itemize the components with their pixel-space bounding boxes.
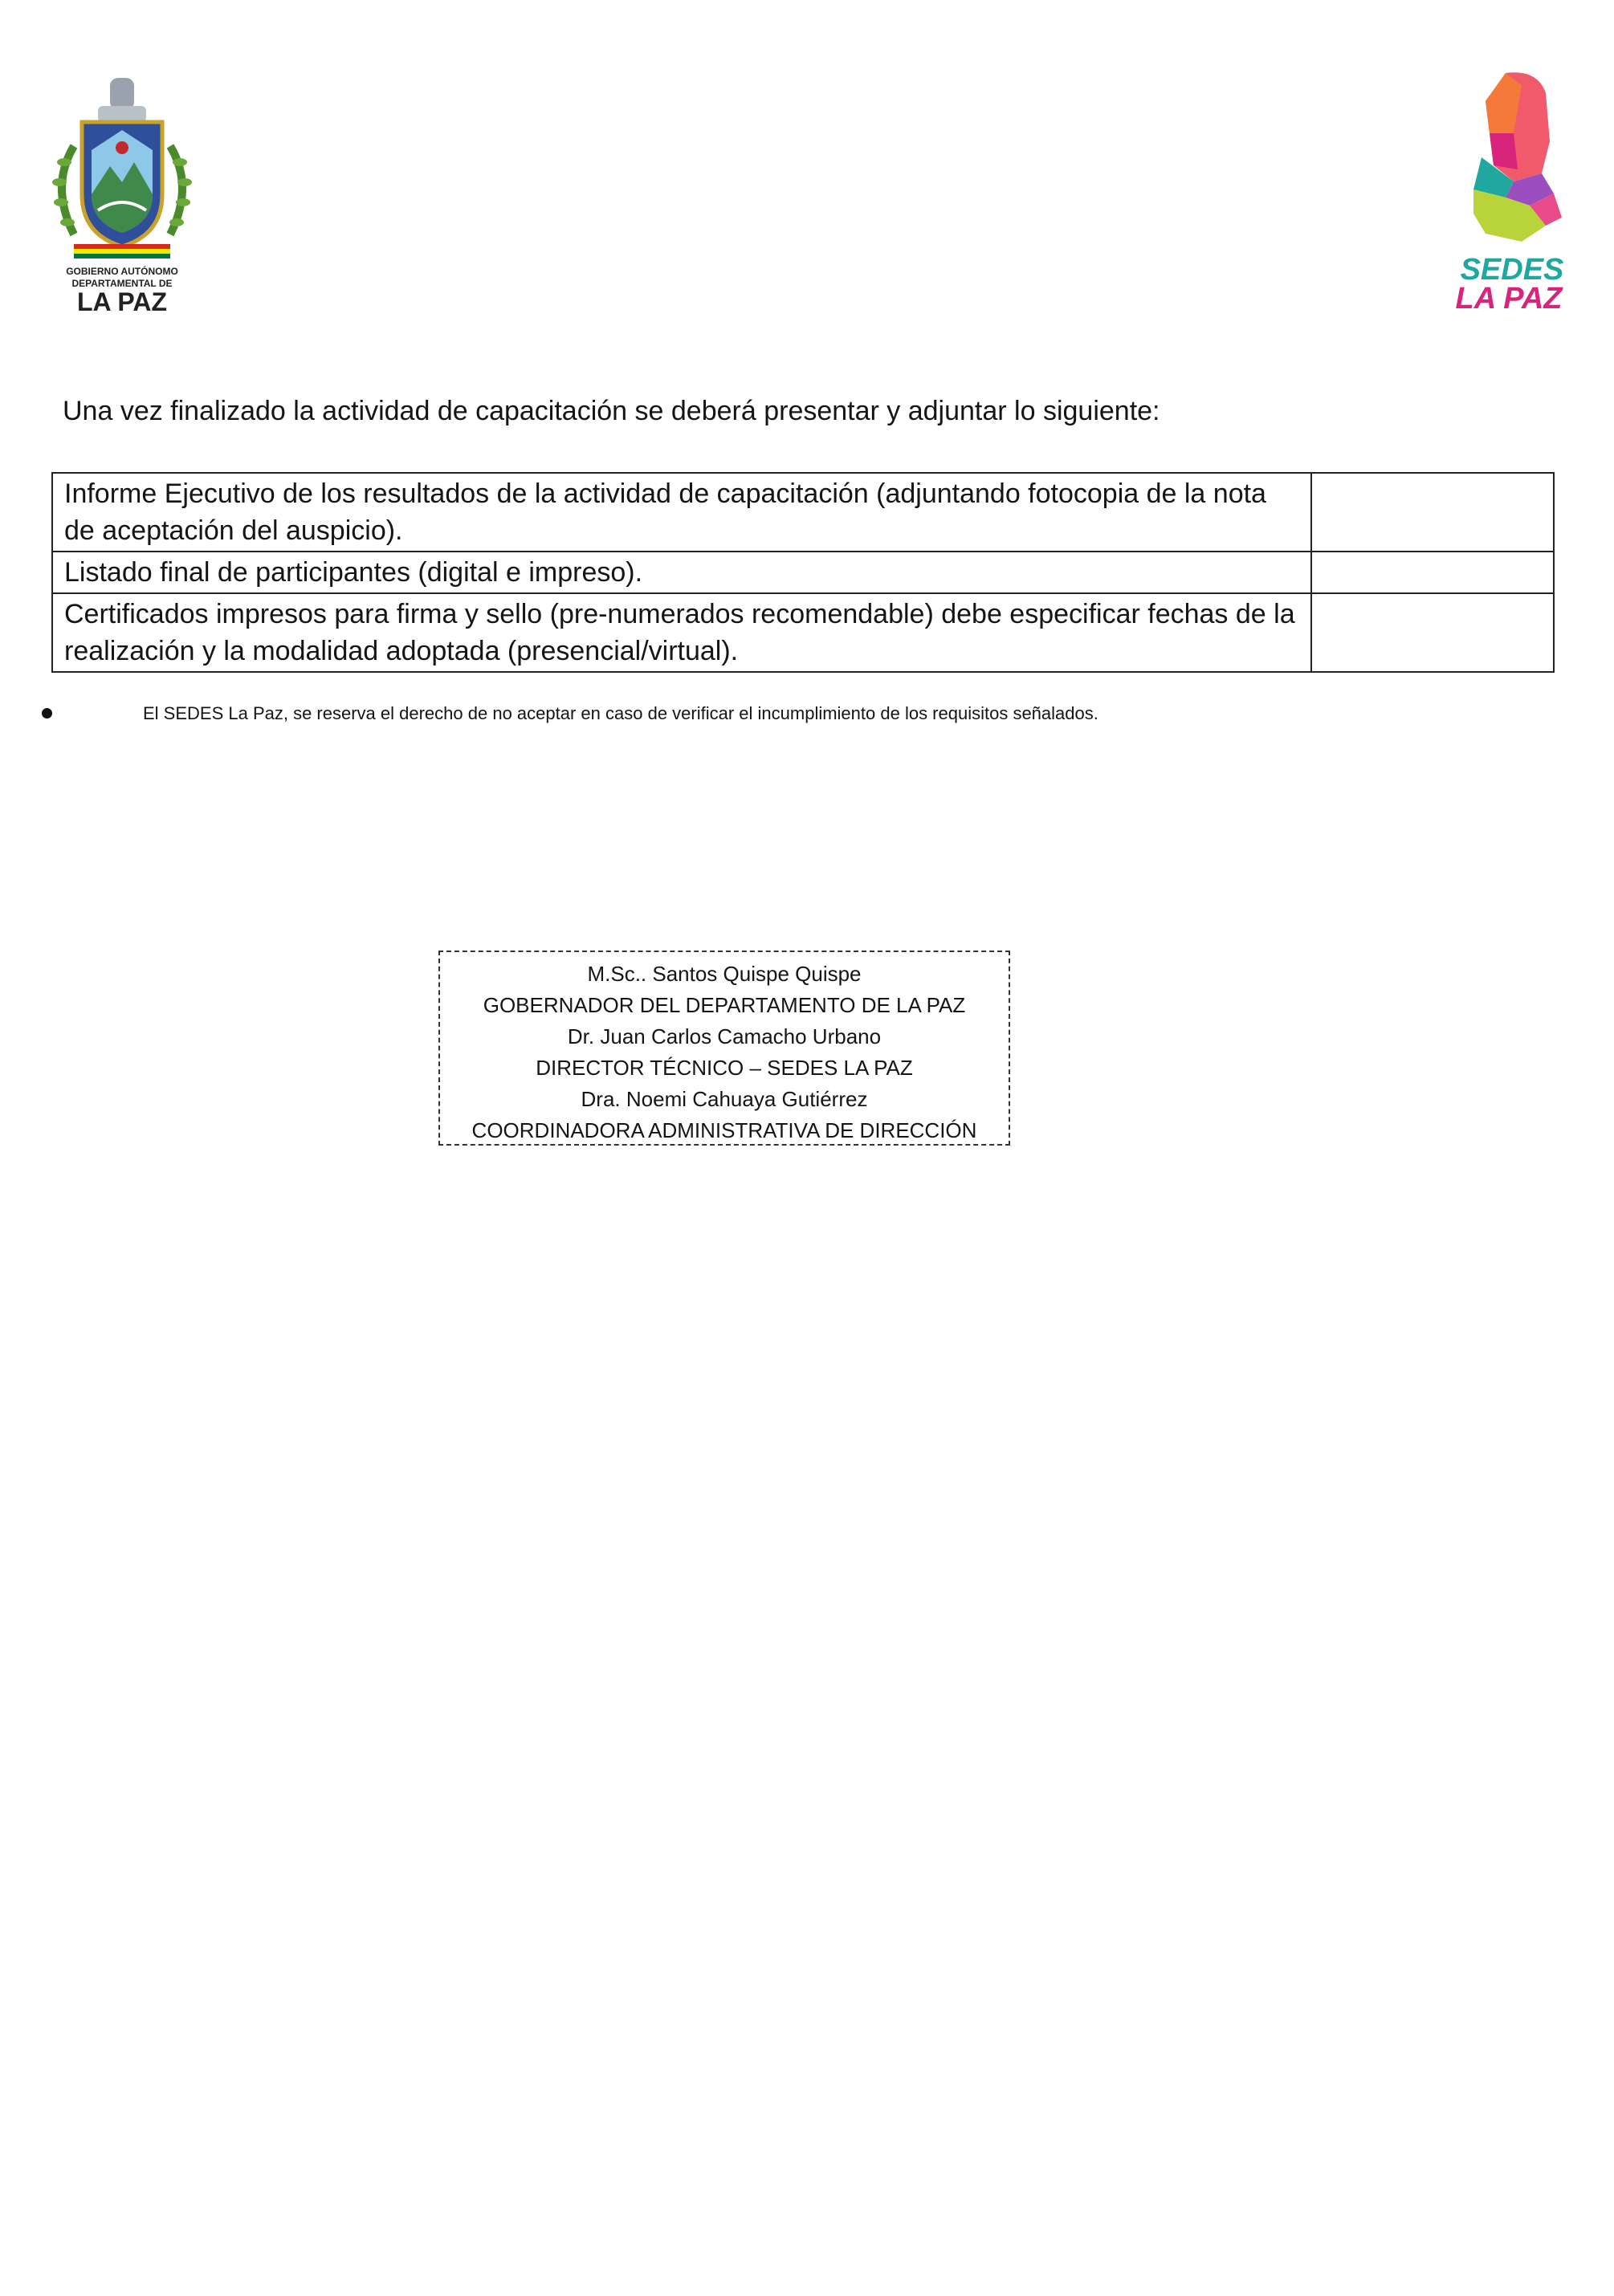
- table-row: Certificados impresos para firma y sello…: [52, 593, 1554, 672]
- signatory-name: Dr. Juan Carlos Camacho Urbano: [440, 1021, 1009, 1052]
- gobernacion-logo: GOBIERNO AUTÓNOMO DEPARTAMENTAL DE LA PA…: [42, 74, 202, 315]
- requirement-text: Certificados impresos para firma y sello…: [52, 593, 1311, 672]
- svg-text:LA PAZ: LA PAZ: [77, 287, 167, 315]
- coat-of-arms-icon: GOBIERNO AUTÓNOMO DEPARTAMENTAL DE LA PA…: [42, 74, 202, 315]
- signatory-title: COORDINADORA ADMINISTRATIVA DE DIRECCIÓN: [440, 1115, 1009, 1146]
- requirement-check-cell: [1311, 473, 1554, 552]
- requirement-check-cell: [1311, 593, 1554, 672]
- table-row: Listado final de participantes (digital …: [52, 552, 1554, 593]
- sedes-map-logo-icon: SEDES LA PAZ: [1449, 69, 1578, 318]
- intro-text: Una vez finalizado la actividad de capac…: [63, 393, 1428, 429]
- signatory-name: M.Sc.. Santos Quispe Quispe: [440, 959, 1009, 990]
- table-row: Informe Ejecutivo de los resultados de l…: [52, 473, 1554, 552]
- requirement-check-cell: [1311, 552, 1554, 593]
- svg-text:LA PAZ: LA PAZ: [1456, 282, 1564, 315]
- requirement-text: Listado final de participantes (digital …: [52, 552, 1311, 593]
- note-text: El SEDES La Paz, se reserva el derecho d…: [143, 702, 1098, 726]
- signatory-name: Dra. Noemi Cahuaya Gutiérrez: [440, 1084, 1009, 1115]
- bullet-icon: [42, 708, 52, 719]
- requirement-text: Informe Ejecutivo de los resultados de l…: [52, 473, 1311, 552]
- signature-box: M.Sc.. Santos Quispe Quispe GOBERNADOR D…: [438, 951, 1010, 1146]
- signatory-title: GOBERNADOR DEL DEPARTAMENTO DE LA PAZ: [440, 990, 1009, 1021]
- requirements-table: Informe Ejecutivo de los resultados de l…: [51, 472, 1555, 673]
- signatory-title: DIRECTOR TÉCNICO – SEDES LA PAZ: [440, 1052, 1009, 1084]
- svg-text:GOBIERNO AUTÓNOMO: GOBIERNO AUTÓNOMO: [66, 265, 178, 277]
- sedes-logo: SEDES LA PAZ: [1449, 69, 1578, 318]
